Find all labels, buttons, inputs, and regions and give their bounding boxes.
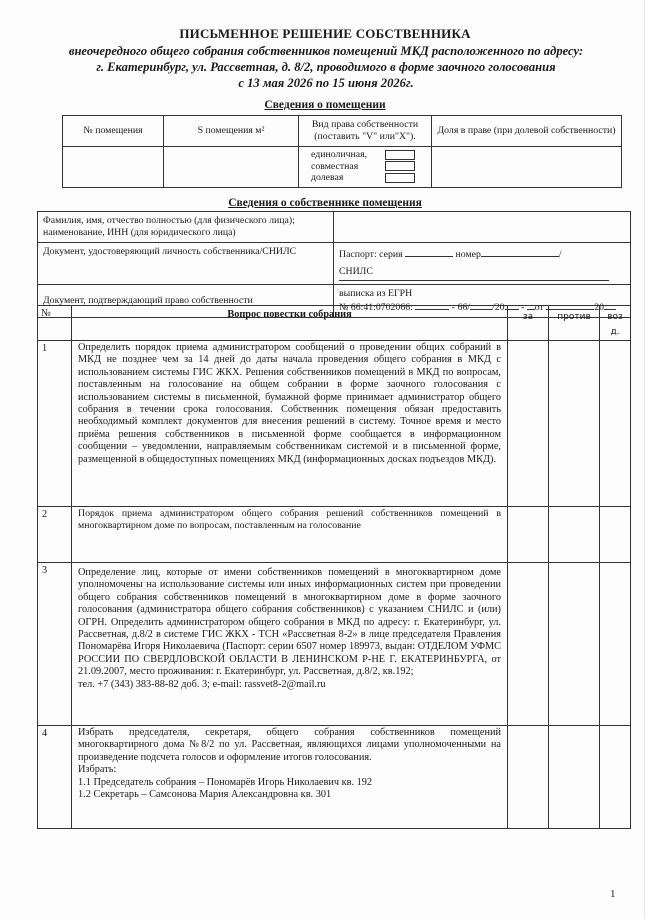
- ownership-option-joint: совместная: [311, 161, 431, 173]
- premises-heading: Сведения о помещении: [0, 99, 650, 111]
- administrator-contact: тел. +7 (343) 383-88-82 доб. 3; e-mail: …: [78, 679, 501, 691]
- agenda-item-number: 4: [38, 726, 72, 829]
- col-ownership-share: Доля в праве (при долевой собственности): [432, 116, 622, 147]
- col-ownership-type: Вид права собственности (поставить "V" и…: [299, 116, 432, 147]
- sole-checkbox[interactable]: [385, 150, 415, 160]
- agenda-item-number: 2: [38, 507, 72, 563]
- vote-for-cell[interactable]: [508, 507, 549, 563]
- identity-document-label: Документ, удостоверяющий личность собств…: [38, 243, 334, 285]
- vote-for-cell[interactable]: [508, 341, 549, 507]
- passport-series-blank[interactable]: [405, 247, 453, 257]
- ownership-option-sole: единоличная,: [311, 149, 431, 161]
- vote-against-cell[interactable]: [549, 507, 600, 563]
- vote-abstain-cell[interactable]: [600, 726, 631, 829]
- vote-for-cell[interactable]: [508, 563, 549, 726]
- vote-abstain-cell[interactable]: [600, 563, 631, 726]
- agenda-item-text: Определить порядок приема администраторо…: [72, 341, 508, 507]
- snils-label: СНИЛС: [339, 266, 373, 277]
- vote-against-cell[interactable]: [549, 563, 600, 726]
- agenda-item-text: Порядок приема администратором общего со…: [72, 507, 508, 563]
- elect-chairman: 1.1 Председатель собрания – Пономарёв Иг…: [78, 777, 501, 789]
- col-against: против: [549, 306, 600, 341]
- owner-table: Фамилия, имя, отчество полностью (для фи…: [37, 211, 631, 318]
- elect-secretary: 1.2 Секретарь – Самсонова Мария Александ…: [78, 789, 501, 801]
- agenda-item-text: Определение лиц, которые от имени собств…: [72, 563, 508, 726]
- premises-area-field[interactable]: [164, 147, 299, 188]
- owner-name-label: Фамилия, имя, отчество полностью (для фи…: [38, 212, 334, 243]
- agenda-row: 4 Избрать председателя, секретаря, общег…: [38, 726, 631, 829]
- ownership-share-field[interactable]: [432, 147, 622, 188]
- agenda-row: 2 Порядок приема администратором общего …: [38, 507, 631, 563]
- vote-against-cell[interactable]: [549, 726, 600, 829]
- joint-checkbox[interactable]: [385, 161, 415, 171]
- agenda-table: № Вопрос повестки собрания за против воз…: [37, 305, 631, 829]
- col-premises-number: № помещения: [63, 116, 164, 147]
- vote-abstain-cell[interactable]: [600, 341, 631, 507]
- col-abstain: возд.: [600, 306, 631, 341]
- col-premises-area: S помещения м²: [164, 116, 299, 147]
- ownership-option-shared: долевая: [311, 172, 431, 184]
- premises-table: № помещения S помещения м² Вид права соб…: [62, 115, 622, 188]
- premises-number-field[interactable]: [63, 147, 164, 188]
- owner-name-field[interactable]: [334, 212, 631, 243]
- subtitle-line: г. Екатеринбург, ул. Рассветная, д. 8/2,…: [20, 59, 632, 75]
- agenda-item-number: 3: [38, 563, 72, 726]
- document-subtitle: внеочередного общего собрания собственни…: [20, 43, 632, 91]
- shared-checkbox[interactable]: [385, 173, 415, 183]
- agenda-item-text: Избрать председателя, секретаря, общего …: [72, 726, 508, 829]
- vote-against-cell[interactable]: [549, 341, 600, 507]
- ownership-type-cell: единоличная, совместная долевая: [299, 147, 432, 188]
- subtitle-line: внеочередного общего собрания собственни…: [20, 43, 632, 59]
- subtitle-line: с 13 мая 2026 по 15 июня 2026г.: [20, 75, 632, 91]
- document-title: ПИСЬМЕННОЕ РЕШЕНИЕ СОБСТВЕННИКА: [0, 26, 650, 42]
- agenda-row: 1 Определить порядок приема администрато…: [38, 341, 631, 507]
- col-for: за: [508, 306, 549, 341]
- identity-document-field[interactable]: Паспорт: серия номер/ СНИЛС: [334, 243, 631, 285]
- col-number: №: [38, 306, 72, 341]
- agenda-row: 3 Определение лиц, которые от имени собс…: [38, 563, 631, 726]
- passport-number-blank[interactable]: [481, 247, 559, 257]
- elect-label: Избрать:: [78, 764, 501, 776]
- page-number: 1: [610, 888, 616, 900]
- agenda-item-number: 1: [38, 341, 72, 507]
- owner-heading: Сведения о собственнике помещения: [0, 197, 650, 209]
- vote-for-cell[interactable]: [508, 726, 549, 829]
- col-question: Вопрос повестки собрания: [72, 306, 508, 341]
- vote-abstain-cell[interactable]: [600, 507, 631, 563]
